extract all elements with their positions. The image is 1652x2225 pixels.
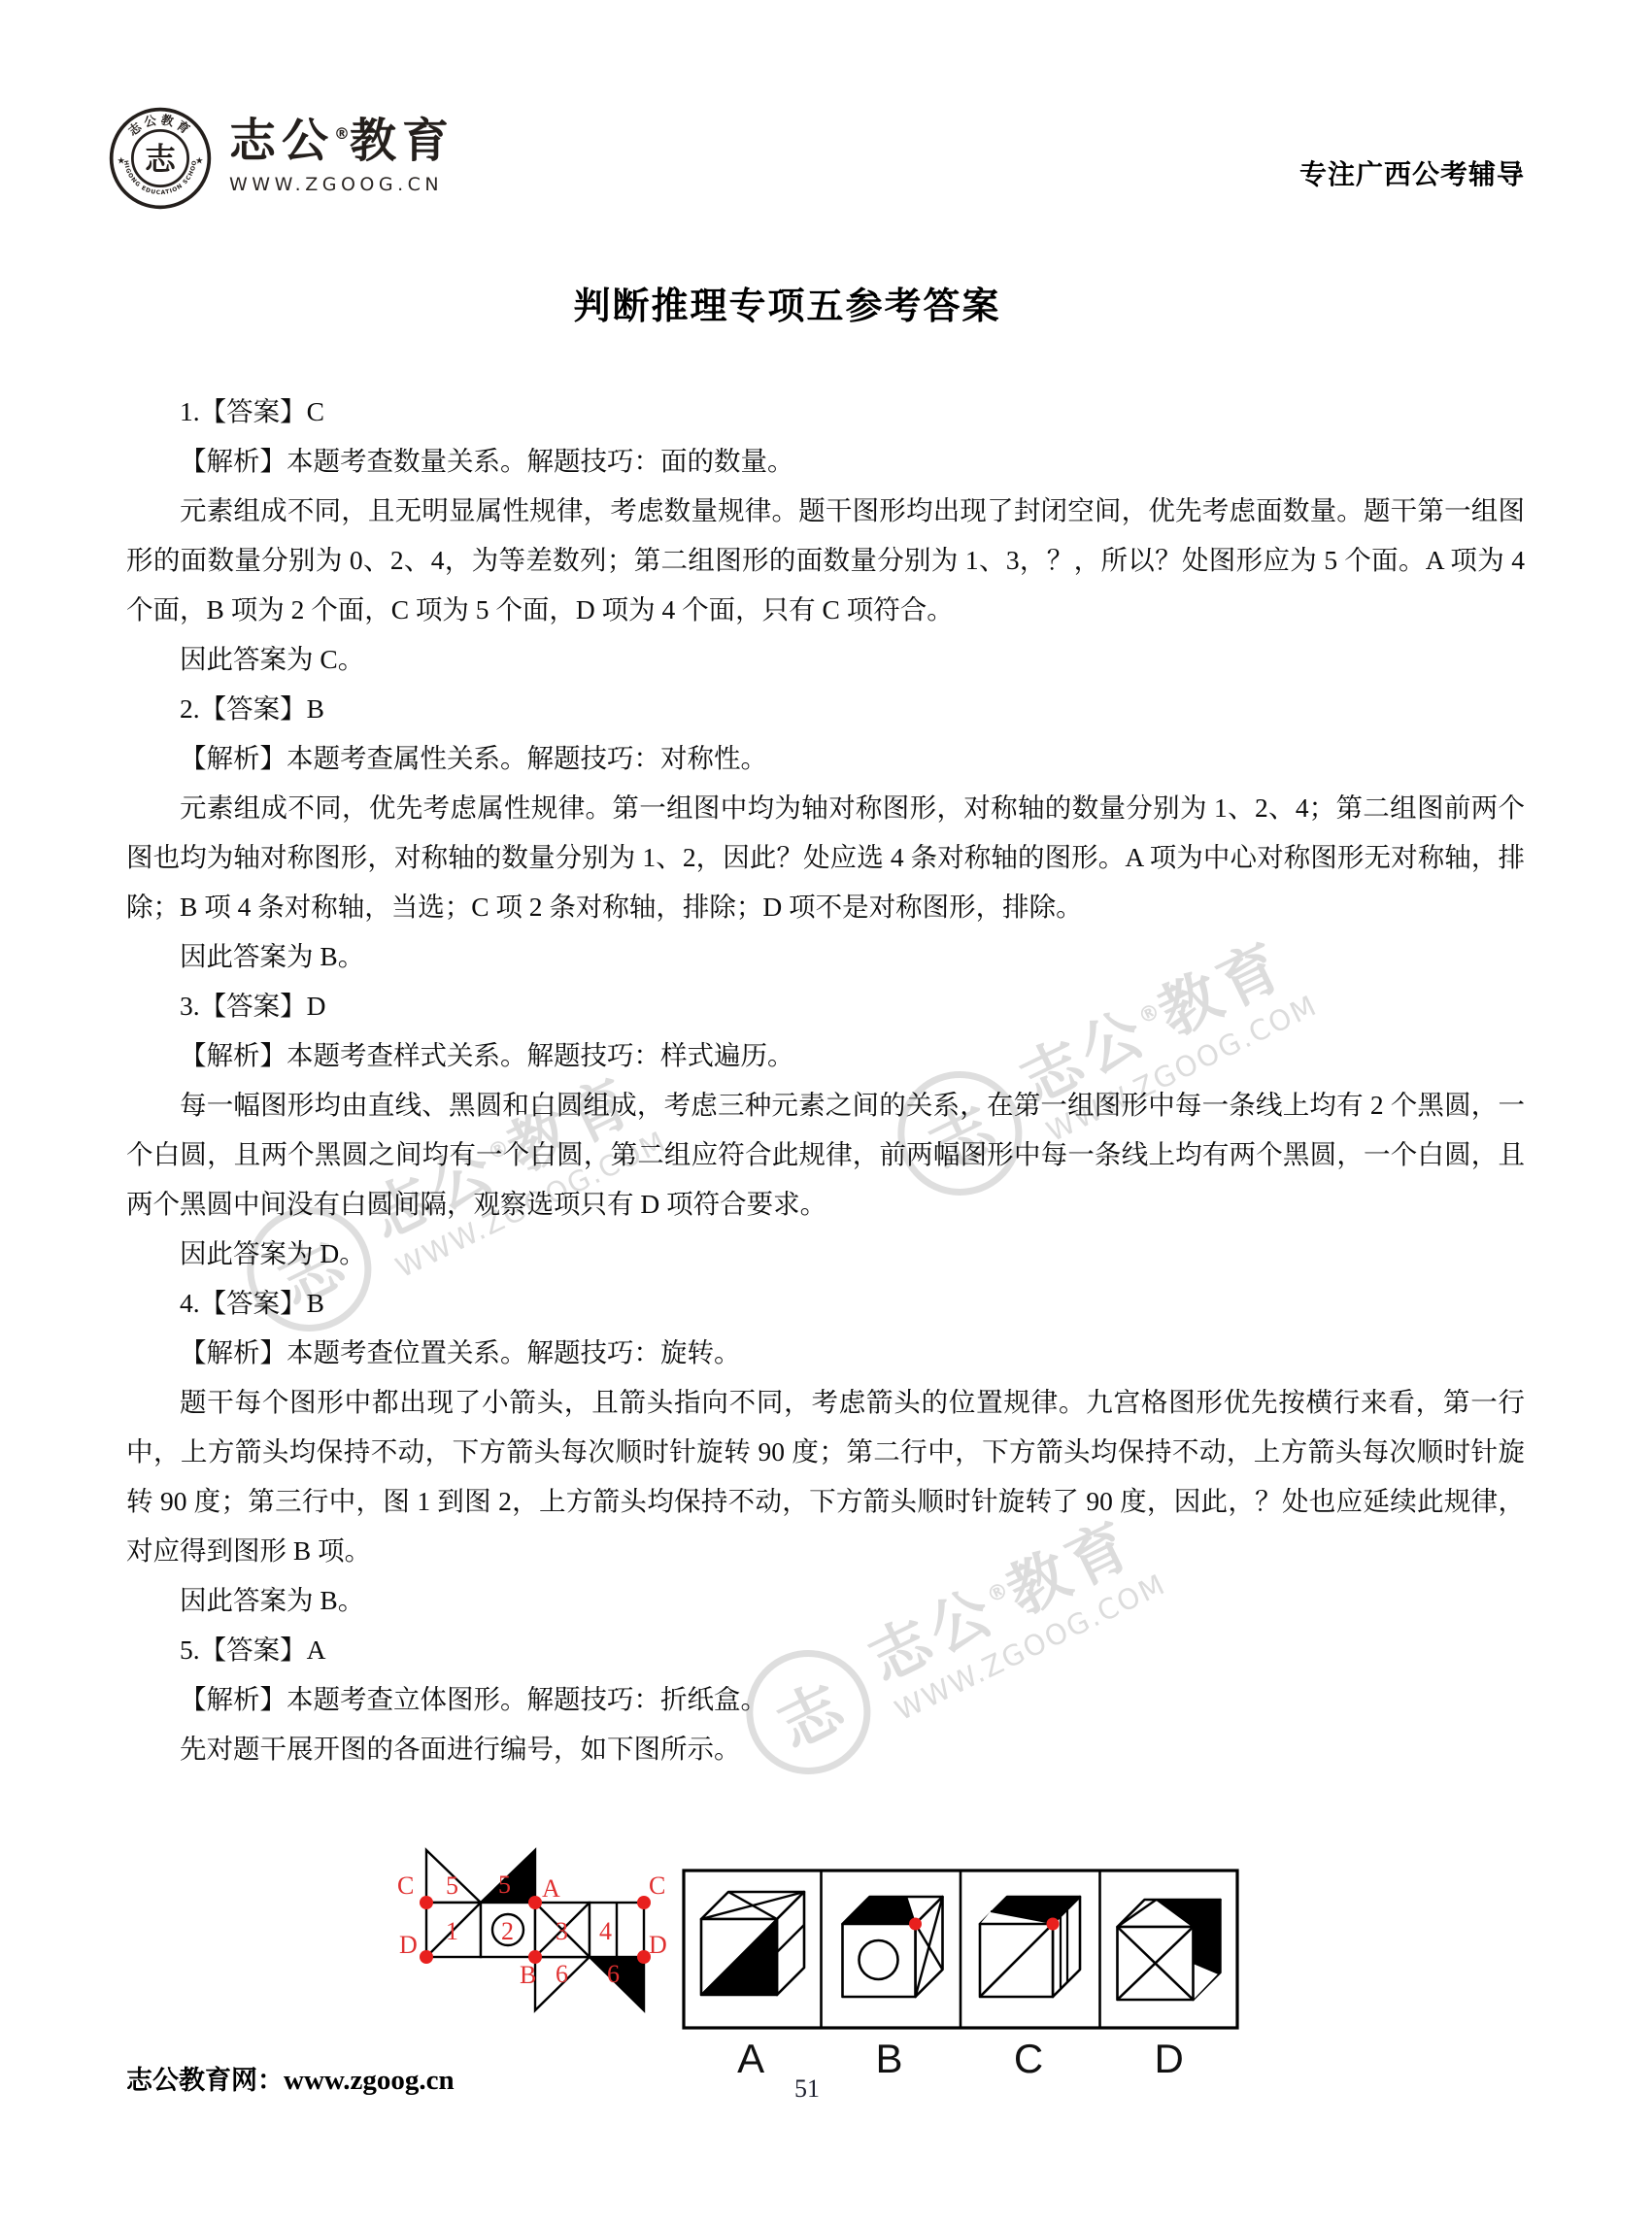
net-corner-dot — [420, 1896, 433, 1909]
net-label-D-right: D — [649, 1931, 667, 1959]
registered-mark-icon: ® — [334, 124, 350, 143]
paragraph: 【解析】本题考查数量关系。解题技巧：面的数量。 — [126, 436, 1525, 486]
paragraph: 【解析】本题考查位置关系。解题技巧：旋转。 — [126, 1328, 1525, 1377]
option-label-A: A — [737, 2036, 764, 2082]
option-labels-row: A B C D — [682, 2036, 1239, 2082]
paragraph: 【解析】本题考查样式关系。解题技巧：样式遍历。 — [126, 1030, 1525, 1080]
body-paragraphs: 1.【答案】C【解析】本题考查数量关系。解题技巧：面的数量。元素组成不同，且无明… — [126, 387, 1525, 1773]
option-B-red-dot — [909, 1918, 922, 1931]
option-A-cube — [701, 1892, 804, 1995]
brand-right: 教育 — [350, 114, 455, 168]
net-num-2: 2 — [501, 1917, 514, 1945]
net-num-6: 6 — [556, 1960, 568, 1988]
brand-block: 志公®教育 WWW.ZGOOG.CN — [229, 109, 455, 195]
star-icon: ★ — [195, 155, 204, 166]
net-label-B: B — [520, 1961, 536, 1989]
paragraph: 每一幅图形均由直线、黑圆和白圆组成，考虑三种元素之间的关系，在第一组图形中每一条… — [126, 1080, 1525, 1229]
paragraph: 元素组成不同，优先考虑属性规律。第一组图中均为轴对称图形，对称轴的数量分别为 1… — [126, 783, 1525, 931]
answer-options-figure — [682, 1869, 1239, 2030]
net-num-4: 4 — [599, 1917, 612, 1945]
paragraph: 2.【答案】B — [126, 684, 1525, 733]
net-num-5: 5 — [498, 1871, 511, 1899]
option-C-red-dot — [1047, 1918, 1060, 1931]
option-C-cube — [980, 1897, 1080, 1997]
net-num-6: 6 — [607, 1960, 620, 1988]
net-num-5: 5 — [446, 1871, 458, 1900]
paragraph: 因此答案为 D。 — [126, 1229, 1525, 1278]
option-label-C: C — [1014, 2036, 1043, 2082]
paragraph: 3.【答案】D — [126, 981, 1525, 1030]
paragraph: 因此答案为 B。 — [126, 1575, 1525, 1625]
net-label-A: A — [542, 1874, 560, 1903]
paragraph: 【解析】本题考查属性关系。解题技巧：对称性。 — [126, 733, 1525, 783]
option-B-cube — [843, 1897, 943, 1997]
paragraph: 1.【答案】C — [126, 387, 1525, 436]
footer: 志公教育网：www.zgoog.cn — [126, 2059, 455, 2097]
net-num-1: 1 — [446, 1917, 458, 1945]
paragraph: 先对题干展开图的各面进行编号，如下图所示。 — [126, 1724, 1525, 1773]
option-D-cube — [1118, 1900, 1221, 2000]
brand-name: 志公®教育 — [229, 109, 455, 166]
option-label-B: B — [875, 2036, 902, 2082]
brand-url: WWW.ZGOOG.CN — [229, 174, 455, 195]
seal-center-char: 志 — [145, 142, 177, 178]
page-title: 判断推理专项五参考答案 — [0, 276, 1574, 329]
net-num-3: 3 — [556, 1917, 568, 1945]
paragraph: 4.【答案】B — [126, 1278, 1525, 1328]
net-label-D-left: D — [399, 1931, 418, 1959]
net-label-C-left: C — [397, 1871, 414, 1900]
paragraph: 题干每个图形中都出现了小箭头，且箭头指向不同，考虑箭头的位置规律。九宫格图形优先… — [126, 1377, 1525, 1575]
net-corner-dot — [528, 1896, 542, 1909]
paragraph: 【解析】本题考查立体图形。解题技巧：折纸盒。 — [126, 1674, 1525, 1724]
net-label-C-right: C — [649, 1871, 665, 1900]
footer-site-label: 志公教育网： — [126, 2066, 284, 2096]
cube-net-figure: C D A B C D 5 5 1 2 3 4 6 6 — [384, 1837, 675, 2027]
company-seal-logo-icon: 志公教育 ZHIGONG EDUCATION SCHOOL ★ ★ 志 — [109, 107, 212, 210]
net-corner-dot — [420, 1950, 433, 1964]
document-page: 志 志公®教育 WWW.ZGOOG.COM 志 志公®教育 WWW.ZGOOG.… — [0, 0, 1652, 2225]
paragraph: 因此答案为 C。 — [126, 634, 1525, 684]
paragraph: 5.【答案】A — [126, 1625, 1525, 1674]
header-tagline: 专注广西公考辅导 — [1299, 153, 1525, 192]
paragraph: 元素组成不同，且无明显属性规律，考虑数量规律。题干图形均出现了封闭空间，优先考虑… — [126, 486, 1525, 634]
star-icon: ★ — [117, 155, 125, 166]
option-label-D: D — [1154, 2036, 1183, 2082]
brand-left: 志公 — [229, 114, 334, 168]
page-number: 51 — [794, 2074, 820, 2104]
paragraph: 因此答案为 B。 — [126, 931, 1525, 981]
footer-site-url: www.zgoog.cn — [284, 2065, 455, 2096]
